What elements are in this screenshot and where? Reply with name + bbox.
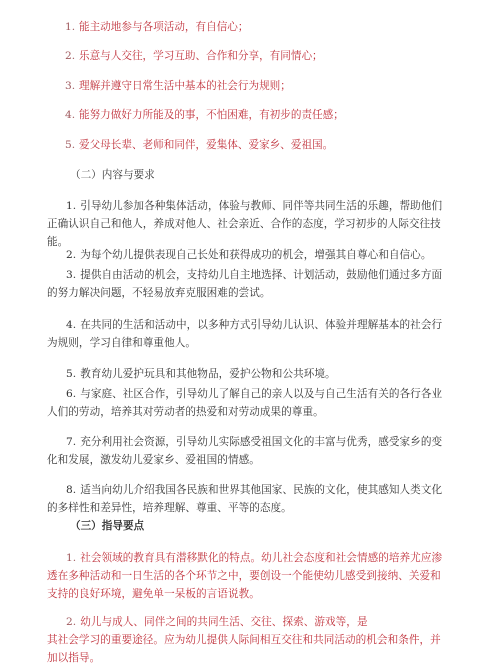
goal-text: 理解并遵守日常生活中基本的社会行为规则； (79, 80, 291, 92)
item-text: 为每个幼儿提供表现自己长处和获得成功的机会，增强其自尊心和自信心。 (80, 249, 431, 261)
goal-item-3: 3.理解并遵守日常生活中基本的社会行为规则； (65, 79, 291, 93)
content-item-3: 3.提供自由活动的机会，支持幼儿自主地选择、计划活动，鼓励他们通过多方面的努力解… (47, 266, 443, 302)
section-heading-guidance-points: （三）指导要点 (70, 519, 144, 533)
item-text: 适当向幼儿介绍我国各民族和世界其他国家、民族的文化，使其感知人类文化的多样性和差… (47, 484, 442, 514)
goal-number: 3. (65, 79, 79, 93)
item-number: 5. (66, 368, 76, 380)
goal-text: 能努力做好力所能及的事，不怕困难，有初步的责任感； (79, 109, 344, 121)
guidance-item-2: 2.幼儿与成人、同伴之间的共同生活、交往、探索、游戏等，是其社会学习的重要途径。… (47, 613, 443, 667)
item-number: 4. (66, 319, 76, 331)
content-item-8: 8.适当向幼儿介绍我国各民族和世界其他国家、民族的文化，使其感知人类文化的多样性… (47, 481, 443, 517)
goal-item-1: 1.能主动地参与各项活动，有自信心； (65, 20, 249, 34)
item-text: 充分利用社会资源，引导幼儿实际感受祖国文化的丰富与优秀，感受家乡的变化和发展，激… (47, 436, 442, 466)
item-text-rest: 其社会学习的重要途径。应为幼儿提供人际间相互交往和共同活动的机会和条件，并加以指… (47, 634, 441, 664)
document-page: 1.能主动地参与各项活动，有自信心； 2.乐意与人交往，学习互助、合作和分享，有… (0, 0, 500, 668)
section-heading-content-requirements: （二）内容与要求 (70, 168, 155, 182)
content-item-2: 2.为每个幼儿提供表现自己长处和获得成功的机会，增强其自尊心和自信心。 (47, 246, 443, 264)
content-item-7: 7.充分利用社会资源，引导幼儿实际感受祖国文化的丰富与优秀，感受家乡的变化和发展… (47, 433, 443, 469)
item-text: 教育幼儿爱护玩具和其他物品，爱护公物和公共环境。 (80, 368, 335, 380)
content-item-4: 4.在共同的生活和活动中，以多种方式引导幼儿认识、体验并理解基本的社会行为规则，… (47, 316, 443, 352)
item-text: 引导幼儿参加各种集体活动，体验与教师、同伴等共同生活的乐趣，帮助他们正确认识自己… (47, 200, 442, 248)
goal-text: 能主动地参与各项活动，有自信心； (79, 21, 249, 33)
goal-item-5: 5.爱父母长辈、老师和同伴，爱集体、爱家乡、爱祖国。 (65, 138, 333, 152)
goal-text: 乐意与人交往，学习互助、合作和分享，有同情心； (79, 50, 323, 62)
goal-number: 5. (65, 138, 79, 152)
goal-number: 1. (65, 20, 79, 34)
goal-number: 2. (65, 49, 79, 63)
item-number: 1. (66, 200, 76, 212)
content-item-5: 5.教育幼儿爱护玩具和其他物品，爱护公物和公共环境。 (47, 365, 443, 383)
goal-number: 4. (65, 108, 79, 122)
goal-text: 爱父母长辈、老师和同伴，爱集体、爱家乡、爱祖国。 (79, 139, 333, 151)
item-text: 社会领域的教育具有潜移默化的特点。幼儿社会态度和社会情感的培养尤应渗透在多种活动… (47, 552, 442, 600)
item-number: 3. (66, 269, 76, 281)
item-number: 8. (66, 484, 76, 496)
item-number: 7. (66, 436, 76, 448)
item-number: 1. (66, 552, 76, 564)
content-item-6: 6.与家庭、社区合作，引导幼儿了解自己的亲人以及与自己生活有关的各行各业人们的劳… (47, 385, 443, 421)
content-item-1: 1.引导幼儿参加各种集体活动，体验与教师、同伴等共同生活的乐趣，帮助他们正确认识… (47, 197, 443, 251)
item-text-line1: 幼儿与成人、同伴之间的共同生活、交往、探索、游戏等，是 (80, 616, 367, 628)
goal-item-4: 4.能努力做好力所能及的事，不怕困难，有初步的责任感； (65, 108, 344, 122)
item-text: 提供自由活动的机会，支持幼儿自主地选择、计划活动，鼓励他们通过多方面的努力解决问… (47, 269, 442, 299)
item-text: 与家庭、社区合作，引导幼儿了解自己的亲人以及与自己生活有关的各行各业人们的劳动，… (47, 388, 442, 418)
item-number: 2. (66, 249, 76, 261)
guidance-item-1: 1.社会领域的教育具有潜移默化的特点。幼儿社会态度和社会情感的培养尤应渗透在多种… (47, 549, 443, 603)
goal-item-2: 2.乐意与人交往，学习互助、合作和分享，有同情心； (65, 49, 323, 63)
item-number: 2. (66, 616, 76, 628)
item-text: 在共同的生活和活动中，以多种方式引导幼儿认识、体验并理解基本的社会行为规则，学习… (47, 319, 442, 349)
item-number: 6. (66, 388, 76, 400)
